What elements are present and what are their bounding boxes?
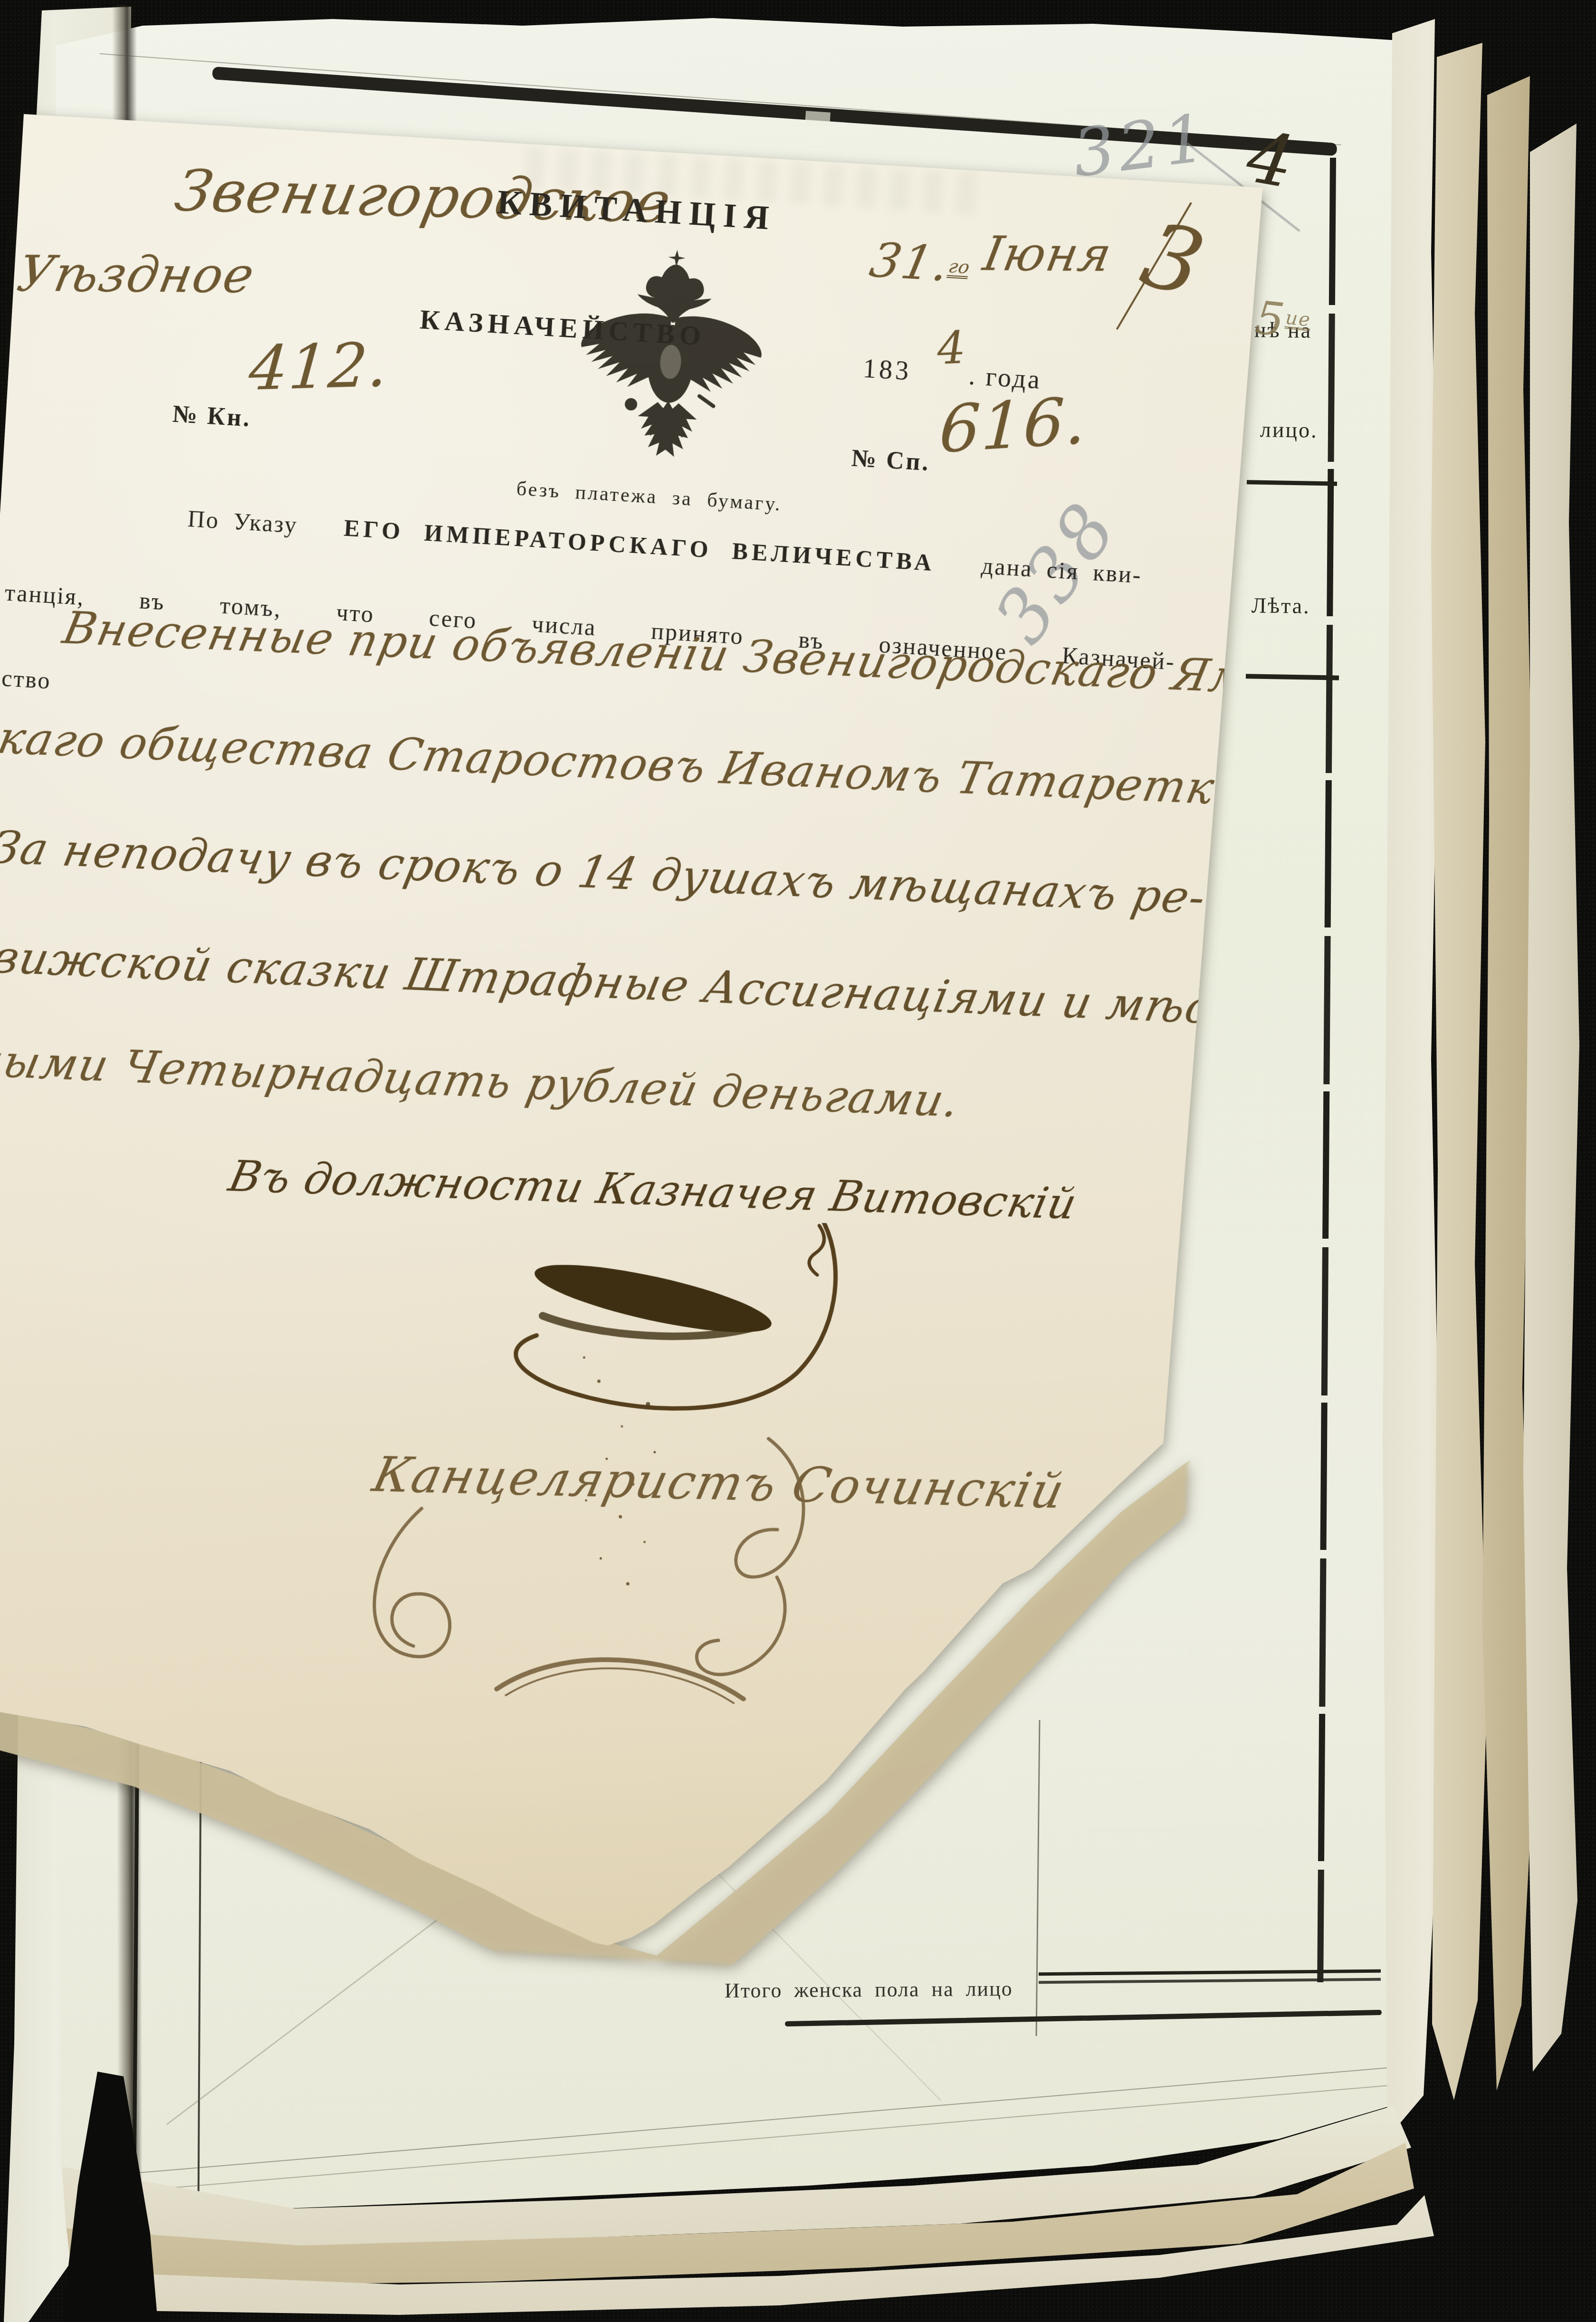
register-footer-line: Итого женска пола на лицо [725, 1977, 1013, 2003]
handwritten-line-2-text: каго общества Старостовъ Иваномъ Татарет… [0, 712, 1316, 819]
archival-photo: 321 нѣ на лицо. Лѣта. 4 5ие Итого женска… [0, 0, 1596, 2322]
pencil-number-5: 5ие [1252, 291, 1313, 350]
printed-paragraph-line1: По Указу ЕГО ИМПЕРАТОРСКАГО ВЕЛИЧЕСТВА д… [187, 505, 1143, 589]
pencil-number-5-sup: ие [1284, 309, 1311, 331]
register-col-fragment-2: лицо. [1260, 417, 1318, 443]
date-day-text: 31. [865, 232, 955, 292]
register-top-bar-gap [805, 111, 831, 126]
year-printed-text: 183 [862, 354, 912, 386]
imperial-eagle-icon [569, 240, 773, 479]
ink-mark-3: 3 [1131, 201, 1215, 318]
handwritten-line-5: ными Четырнадцать рублей деньгами. [0, 1035, 964, 1128]
year-digit: 4 [936, 322, 968, 375]
handwritten-line-3-text: За неподачу въ срокъ о 14 душахъ мѣщанах… [0, 822, 1211, 924]
series-number-value-text: 616. [938, 383, 1089, 468]
printed-line3-text: ство [1, 664, 52, 694]
receipt-paper: Звенигородское Уѣздное КВИТАНЦІЯ [0, 114, 1264, 1990]
pencil-number-5-text: 5 [1252, 291, 1288, 347]
book-number-label: № Кн. [172, 400, 252, 433]
handwritten-line-5-text: ными Четырнадцать рублей деньгами. [0, 1035, 964, 1128]
register-col-fragment-2-text: лицо. [1260, 417, 1318, 442]
printed-paragraph-line3: ство [1, 664, 52, 694]
register-col-fragment-3-text: Лѣта. [1252, 593, 1310, 618]
handwritten-line-4-text: вижской сказки Штрафные Ассигнаціями и м… [0, 931, 1236, 1034]
handwritten-line-1-text: Внесенные при объявленіи Звенигородскаго… [58, 602, 1295, 705]
register-footer-line-text: Итого женска пола на лицо [725, 1977, 1013, 2002]
ink-mark-3-text: 3 [1131, 201, 1215, 318]
signature-clerk-flourish [337, 1395, 879, 1758]
place-handwritten-line2-text: Уѣздное [13, 245, 259, 304]
book-number-label-text: № Кн. [172, 401, 252, 432]
receipt-paper-note: безъ платежа за бумагу. [516, 478, 783, 516]
date-month: Іюня [979, 226, 1117, 282]
book-number-value: 412. [247, 329, 391, 404]
register-col-fragment-3: Лѣта. [1252, 592, 1310, 619]
printed-line1-start: По Указу [187, 505, 298, 539]
series-number-label-text: № Сп. [851, 445, 931, 477]
date-month-text: Іюня [979, 226, 1117, 282]
place-handwritten-line2: Уѣздное [13, 245, 259, 304]
handwritten-line-1: Внесенные при объявленіи Звенигородскаго… [58, 602, 1295, 705]
date-day: 31.го [865, 232, 975, 293]
book-number-value-text: 412. [247, 329, 391, 404]
receipt-paper-note-text: безъ платежа за бумагу. [516, 478, 783, 516]
handwritten-line-4: вижской сказки Штрафные Ассигнаціями и м… [0, 931, 1236, 1034]
year-digit-text: 4 [936, 322, 968, 375]
handwritten-line-2: каго общества Старостовъ Иваномъ Татарет… [0, 712, 1316, 819]
year-printed: 183 [862, 354, 912, 387]
receipt-sheet: Звенигородское Уѣздное КВИТАНЦІЯ [0, 114, 1264, 1990]
handwritten-line-3: За неподачу въ срокъ о 14 душахъ мѣщанах… [0, 822, 1211, 924]
printed-line1-caps: ЕГО ИМПЕРАТОРСКАГО ВЕЛИЧЕСТВА [343, 514, 936, 577]
series-number-label: № Сп. [851, 444, 931, 477]
series-number-value: 616. [938, 383, 1089, 468]
date-day-suffix: го [946, 258, 971, 279]
